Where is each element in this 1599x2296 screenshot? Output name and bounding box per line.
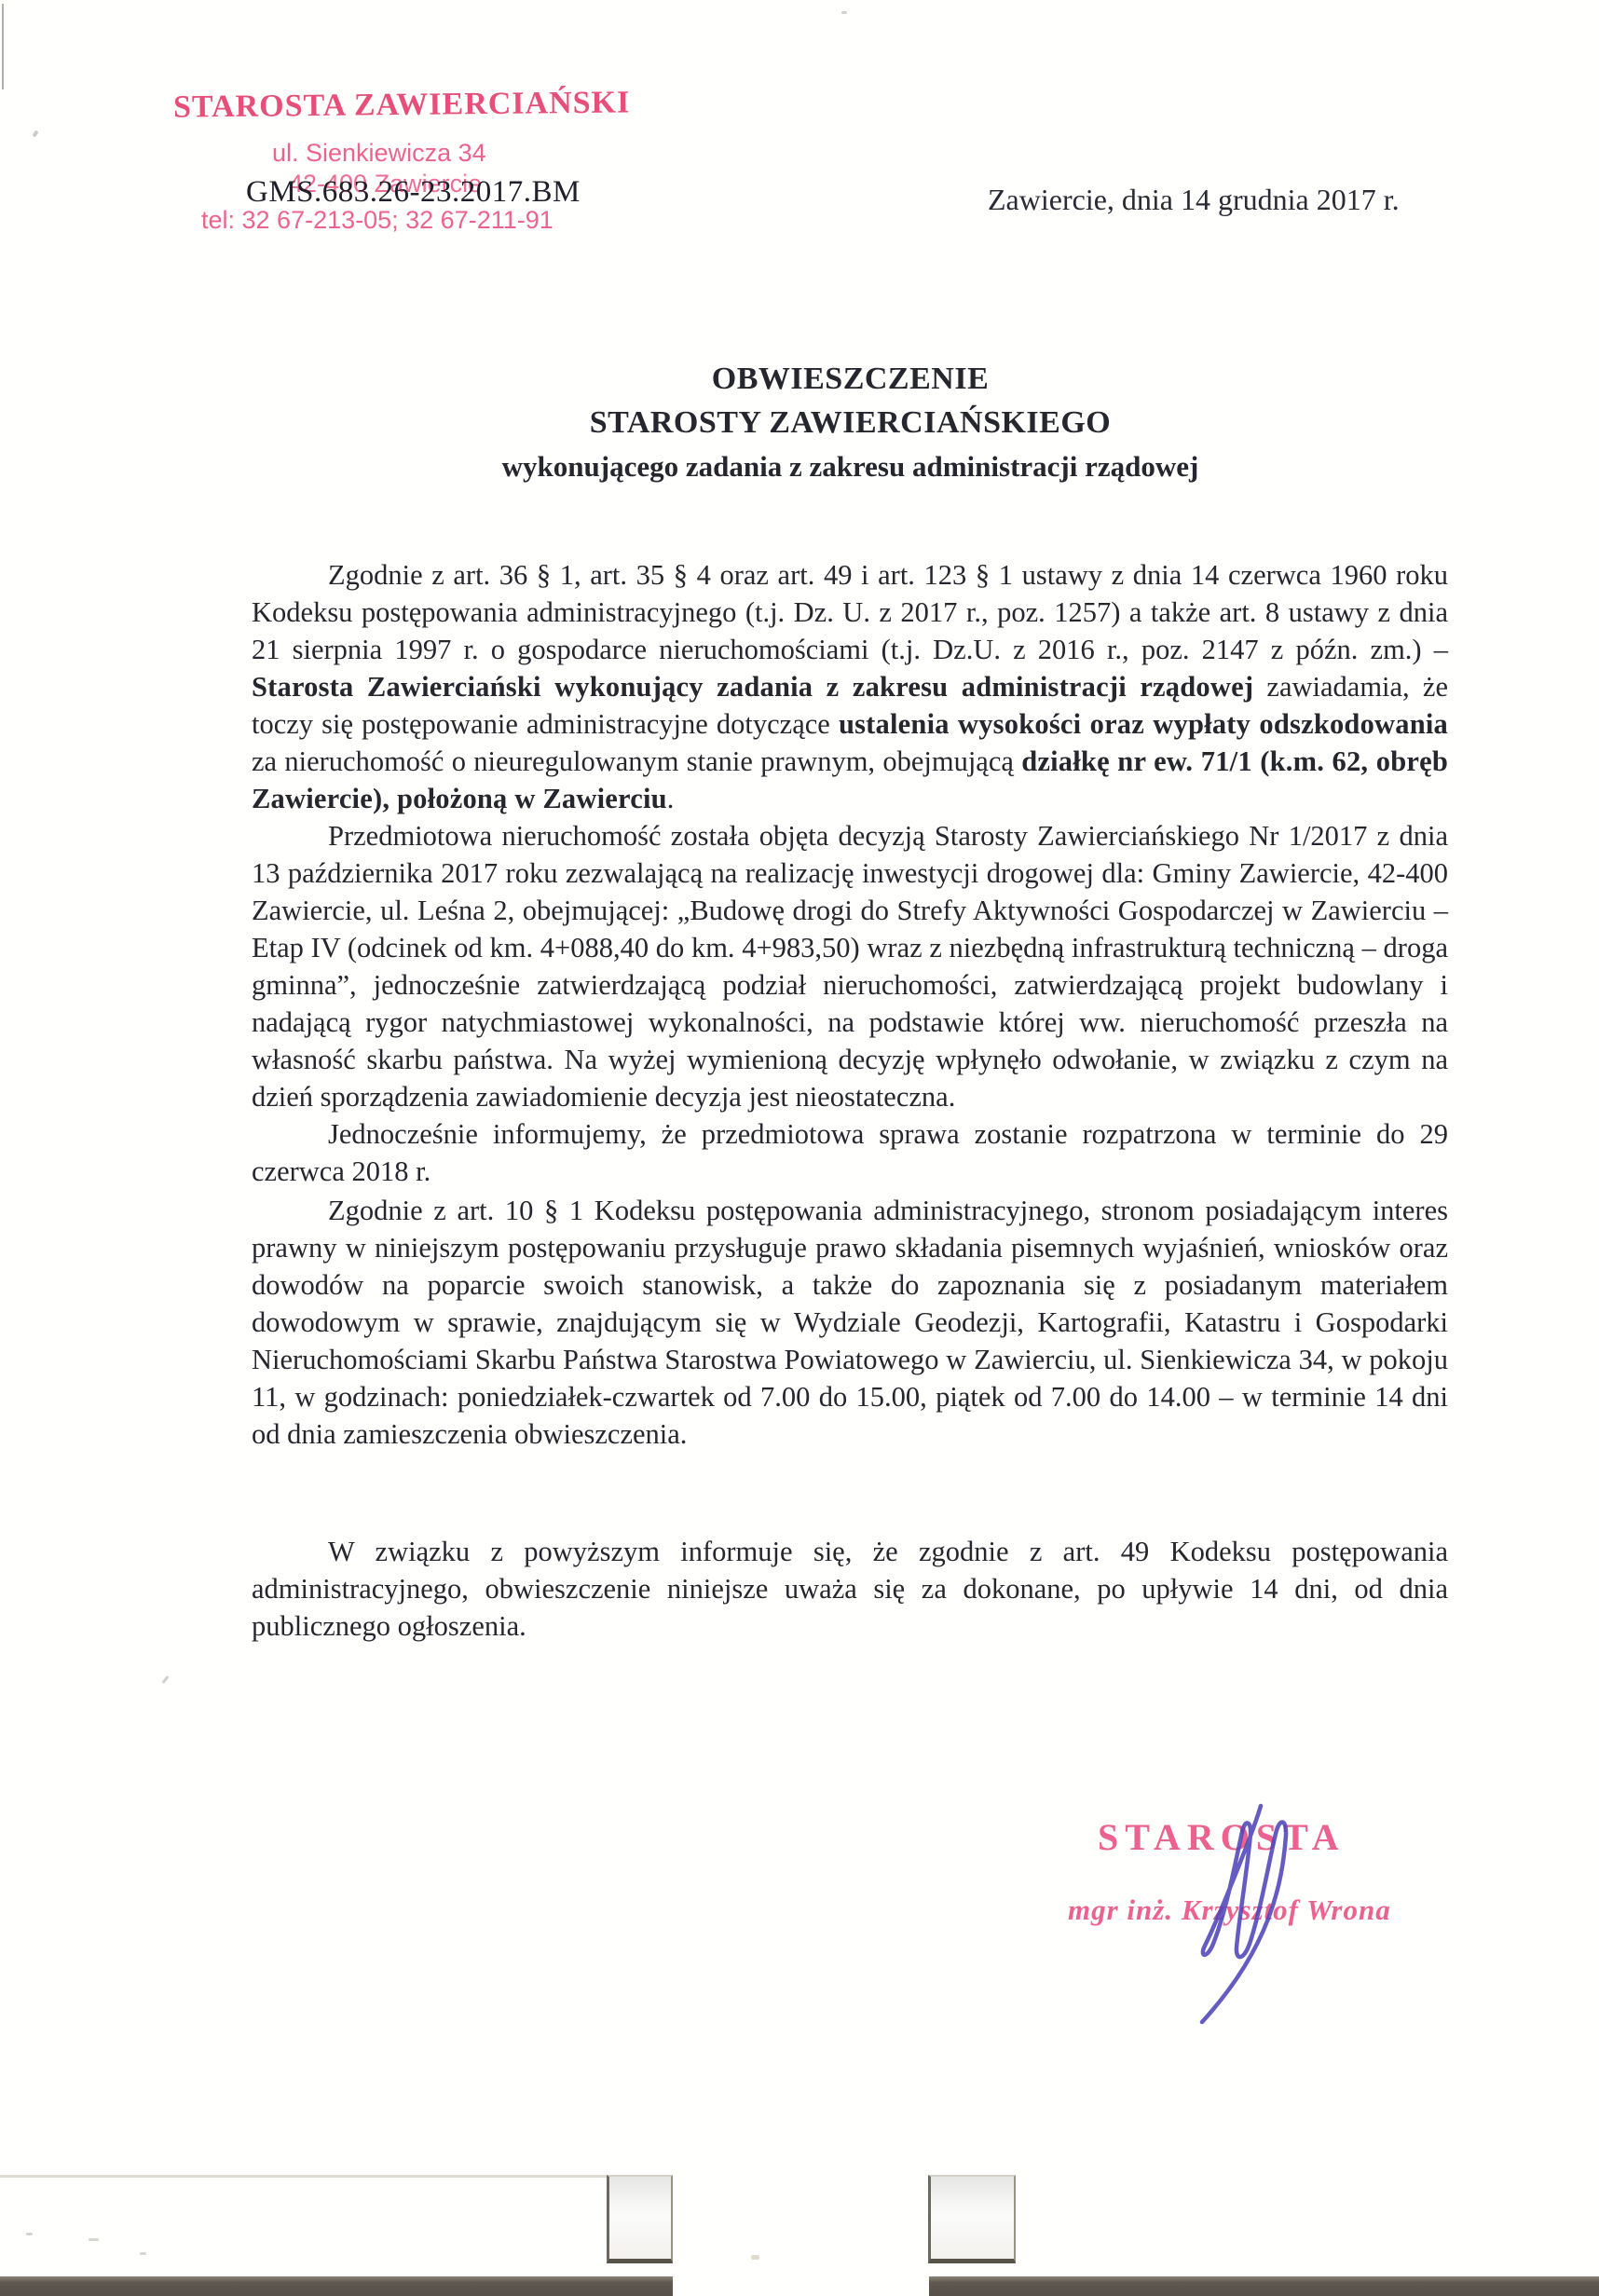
scan-speck xyxy=(841,11,847,14)
scan-edge-artifact xyxy=(2,4,4,89)
notice-title-subtitle: wykonującego zadania z zakresu administr… xyxy=(252,444,1449,488)
body-paragraph-3: Jednocześnie informujemy, że przedmiotow… xyxy=(252,1115,1448,1190)
body-paragraph-1: Zgodnie z art. 36 § 1, art. 35 § 4 oraz … xyxy=(252,556,1448,817)
binder-hole-artifact xyxy=(928,2175,1016,2263)
paragraph-text-bold: Starosta Zawierciański wykonujący zadani… xyxy=(252,671,1253,703)
stamp-address: ul. Sienkiewicza 34 xyxy=(272,139,486,168)
notice-title-authority: STAROSTY ZAWIERCIAŃSKIEGO xyxy=(252,401,1449,444)
scan-fold-line xyxy=(0,2175,610,2178)
body-paragraph-4: Zgodnie z art. 10 § 1 Kodeksu postępowan… xyxy=(252,1192,1448,1453)
paragraph-text: . xyxy=(667,783,675,814)
scanner-bar-artifact xyxy=(0,2276,673,2296)
scan-speck xyxy=(89,2238,99,2241)
case-reference-number: GMS.683.26-23.2017.BM xyxy=(246,175,581,210)
binder-hole-artifact xyxy=(607,2175,673,2263)
body-paragraph-2: Przedmiotowa nieruchomość została objęta… xyxy=(252,817,1448,1115)
handwritten-signature xyxy=(1151,1798,1337,2031)
body-paragraph-5: W związku z powyższym informuje się, że … xyxy=(252,1533,1448,1645)
notice-body: Zgodnie z art. 36 § 1, art. 35 § 4 oraz … xyxy=(252,556,1448,1645)
paragraph-text: za nieruchomość o nieuregulowanym stanie… xyxy=(252,745,1021,777)
scan-speck xyxy=(161,1675,169,1684)
scan-speck xyxy=(26,2233,33,2235)
notice-title: OBWIESZCZENIE xyxy=(252,357,1449,401)
stamp-org-name: STAROSTA ZAWIERCIAŃSKI xyxy=(173,85,631,125)
stamp-phone: tel: 32 67-213-05; 32 67-211-91 xyxy=(201,206,553,235)
paragraph-text: Zgodnie z art. 36 § 1, art. 35 § 4 oraz … xyxy=(252,559,1448,665)
scan-speck xyxy=(140,2252,146,2255)
paragraph-text-bold: ustalenia wysokości oraz wypłaty odszkod… xyxy=(839,708,1448,740)
scan-speck xyxy=(32,130,38,137)
place-date-line: Zawiercie, dnia 14 grudnia 2017 r. xyxy=(988,183,1400,217)
scanner-bar-artifact xyxy=(929,2276,1599,2296)
scanned-document-page: STAROSTA ZAWIERCIAŃSKI ul. Sienkiewicza … xyxy=(0,0,1599,2296)
scan-speck xyxy=(751,2255,759,2260)
notice-title-block: OBWIESZCZENIE STAROSTY ZAWIERCIAŃSKIEGO … xyxy=(252,357,1449,488)
